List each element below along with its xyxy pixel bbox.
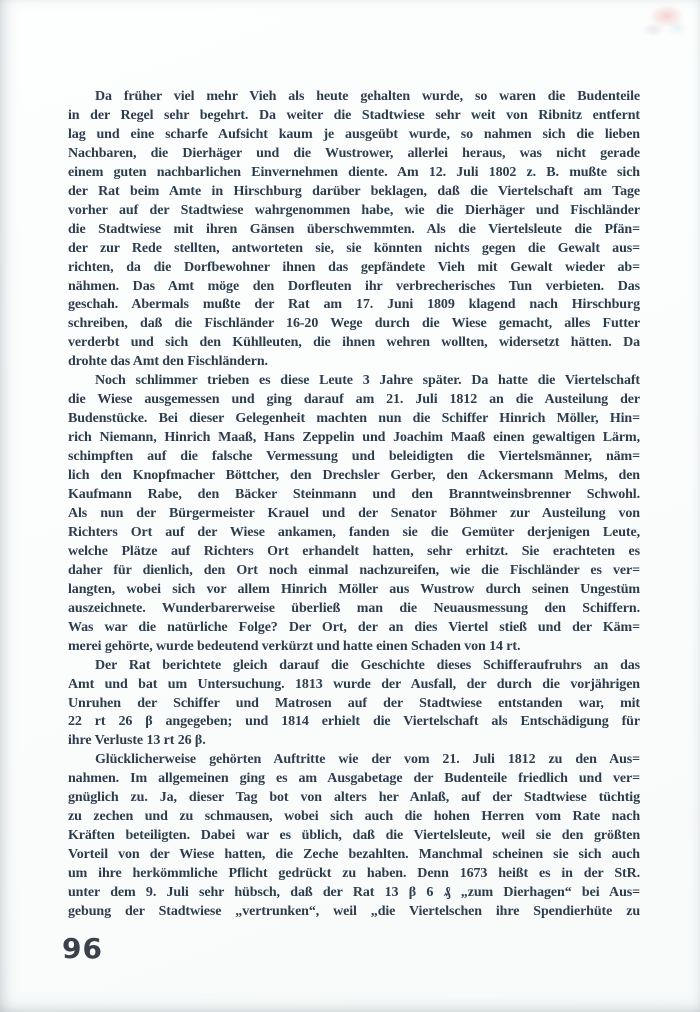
text-line: Unruhen der Schiffer und Matrosen auf de… bbox=[68, 695, 640, 714]
text-line: schreiben, daß die Fischländer 16-20 Weg… bbox=[68, 315, 640, 334]
text-line: rich Niemann, Hinrich Maaß, Hans Zeppeli… bbox=[68, 429, 640, 448]
paragraph: Glücklicherweise gehörten Auftritte wie … bbox=[68, 751, 640, 922]
page-number: 96 bbox=[62, 932, 103, 965]
text-line: nähmen. Das Amt möge den Dorfleuten ihr … bbox=[68, 278, 640, 297]
text-line: verderbt und sich den Kühlleuten, die ih… bbox=[68, 334, 640, 353]
text-line: Als nun der Bürgermeister Krauel und der… bbox=[68, 505, 640, 524]
text-line: richten, da die Dorfbewohner ihnen das g… bbox=[68, 259, 640, 278]
text-line: daher für dienlich, den Ort noch einmal … bbox=[68, 562, 640, 581]
text-line: zu zechen und zu schmausen, wobei sich a… bbox=[68, 808, 640, 827]
text-line: Nachbaren, die Dierhäger und die Wustrow… bbox=[68, 145, 640, 164]
text-line: drohte das Amt den Fischländern. bbox=[68, 353, 640, 372]
text-line: nahmen. Im allgemeinen ging es am Ausgab… bbox=[68, 770, 640, 789]
paragraph: Noch schlimmer trieben es diese Leute 3 … bbox=[68, 372, 640, 656]
text-line: einem guten nachbarlichen Einvernehmen d… bbox=[68, 164, 640, 183]
paragraph: Da früher viel mehr Vieh als heute gehal… bbox=[68, 88, 640, 372]
text-line: Noch schlimmer trieben es diese Leute 3 … bbox=[68, 372, 640, 391]
corner-smudge bbox=[638, 1, 690, 39]
text-line: langten, wobei sich vor allem Hinrich Mö… bbox=[68, 581, 640, 600]
text-line: die Stadtwiese mit ihren Gänsen überschw… bbox=[68, 221, 640, 240]
text-line: Der Rat berichtete gleich darauf die Ges… bbox=[68, 657, 640, 676]
text-line: ihre Verluste 13 rt 26 β. bbox=[68, 732, 640, 751]
text-line: Was war die natürliche Folge? Der Ort, d… bbox=[68, 619, 640, 638]
text-block: Da früher viel mehr Vieh als heute gehal… bbox=[68, 88, 640, 922]
text-line: der Rat beim Amte in Hirschburg darüber … bbox=[68, 183, 640, 202]
text-line: 22 rt 26 β angegeben; und 1814 erhielt d… bbox=[68, 713, 640, 732]
text-line: gnüglich zu. Ja, dieser Tag bot von alte… bbox=[68, 789, 640, 808]
text-line: die Wiese ausgemessen und ging darauf am… bbox=[68, 391, 640, 410]
text-line: Budenstücke. Bei dieser Gelegenheit mach… bbox=[68, 410, 640, 429]
text-line: Vorteil von der Wiese hatten, die Zeche … bbox=[68, 846, 640, 865]
text-line: schimpften auf die falsche Vermessung un… bbox=[68, 448, 640, 467]
text-line: welche Plätze auf Richters Ort erhandelt… bbox=[68, 543, 640, 562]
paragraph: Der Rat berichtete gleich darauf die Ges… bbox=[68, 657, 640, 752]
text-line: geschah. Abermals mußte der Rat am 17. J… bbox=[68, 296, 640, 315]
text-line: Richters Ort auf der Wiese ankamen, fand… bbox=[68, 524, 640, 543]
text-line: vorher auf der Stadtwiese wahrgenommen h… bbox=[68, 202, 640, 221]
text-line: merei gehörte, wurde bedeutend verkürzt … bbox=[68, 638, 640, 657]
text-line: lag und eine scharfe Aufsicht kaum je au… bbox=[68, 126, 640, 145]
text-line: gebung der Stadtwiese „vertrunken“, weil… bbox=[68, 903, 640, 922]
text-line: der zur Rede stellten, antworteten sie, … bbox=[68, 240, 640, 259]
text-line: lich den Knopfmacher Böttcher, den Drech… bbox=[68, 467, 640, 486]
text-line: auszeichnete. Wunderbarerweise überließ … bbox=[68, 600, 640, 619]
text-line: Da früher viel mehr Vieh als heute gehal… bbox=[68, 88, 640, 107]
text-line: in der Regel sehr begehrt. Da weiter die… bbox=[68, 107, 640, 126]
document-page: Da früher viel mehr Vieh als heute gehal… bbox=[0, 0, 700, 1012]
text-line: um ihre herkömmliche Pflicht gedrückt zu… bbox=[68, 865, 640, 884]
text-line: Amt und bat um Untersuchung. 1813 wurde … bbox=[68, 676, 640, 695]
text-line: unter dem 9. Juli sehr hübsch, daß der R… bbox=[68, 884, 640, 903]
text-line: Glücklicherweise gehörten Auftritte wie … bbox=[68, 751, 640, 770]
text-line: Kräften beteiligten. Dabei war es üblich… bbox=[68, 827, 640, 846]
text-line: Kaufmann Rabe, den Bäcker Steinmann und … bbox=[68, 486, 640, 505]
